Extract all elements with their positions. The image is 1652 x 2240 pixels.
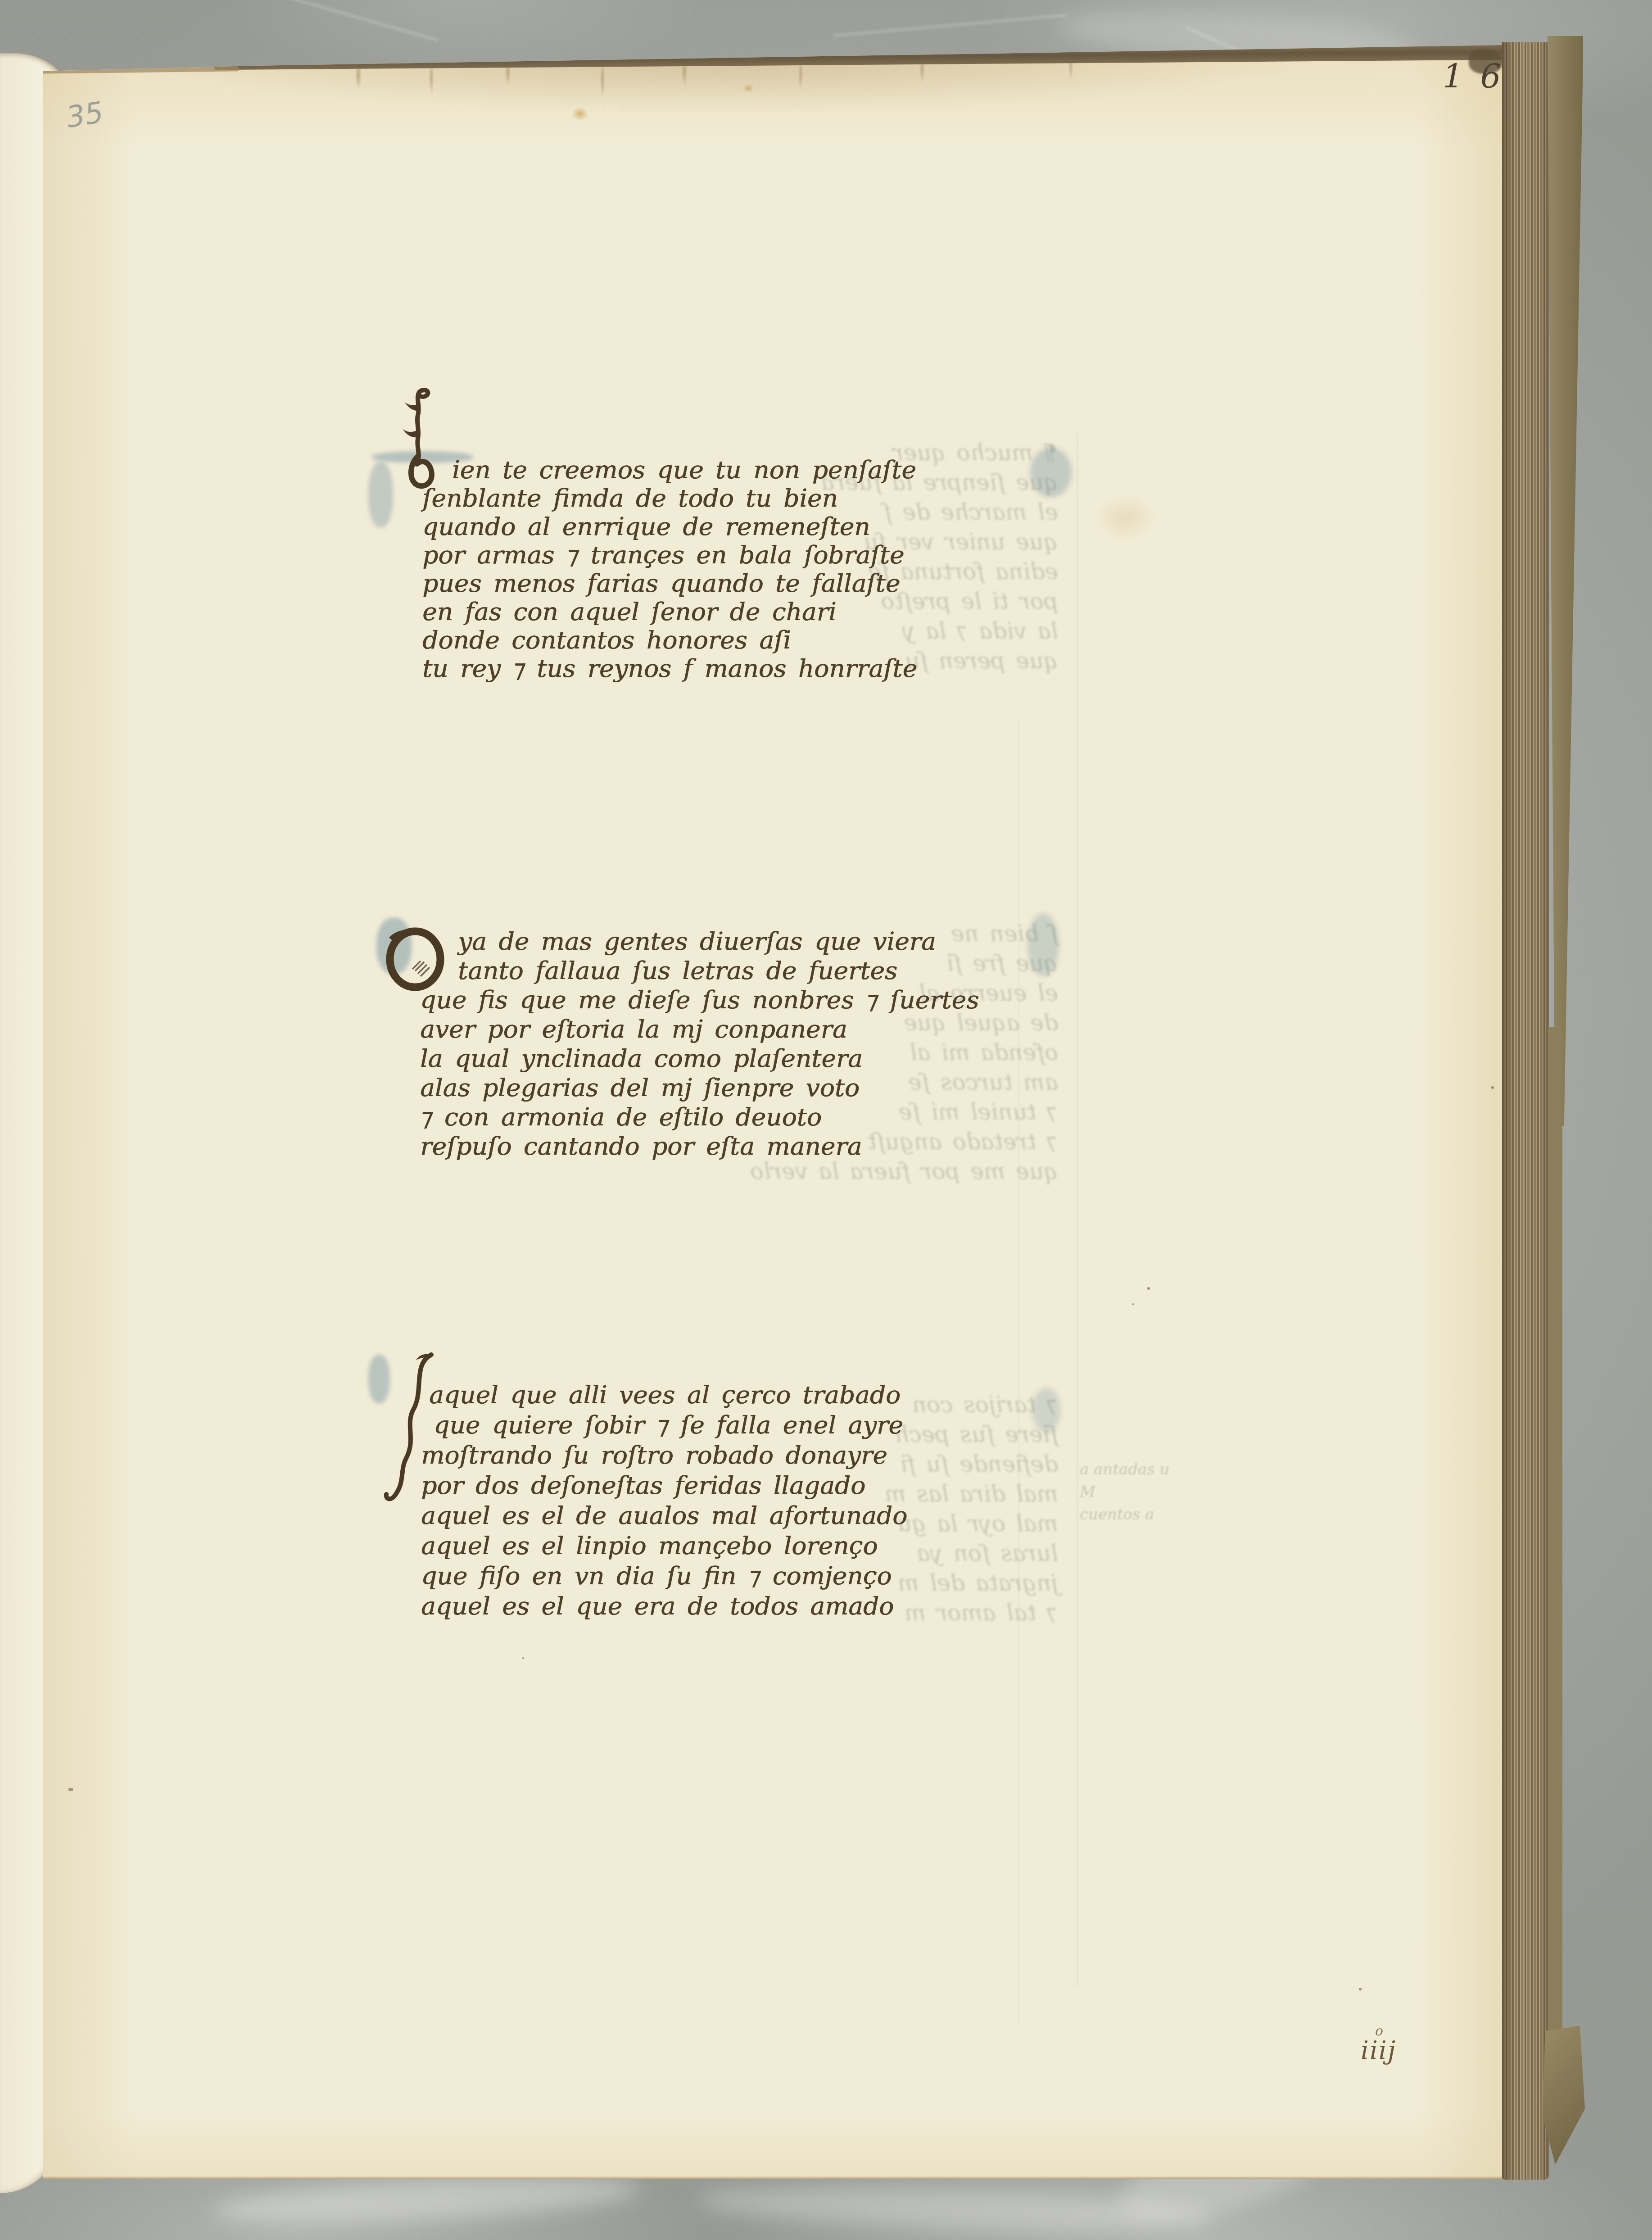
- verse-line: alas plegarias del mj ſienpre voto: [420, 1073, 979, 1102]
- folio-number-pencil: 35: [64, 98, 105, 132]
- showthrough-line: jngrata del m: [885, 1568, 1058, 1598]
- stanza-2: ya de mas gentes diuerſas que vieratanto…: [420, 927, 979, 1161]
- verse-line: que fiſo en vn dia ſu fin ⁊ comjenço: [421, 1561, 907, 1591]
- verse-line: quando al enrrique de remeneſten: [422, 512, 917, 541]
- verse-line: ſenblante fimda de todo tu bien: [422, 484, 917, 512]
- verse-line: moſtrando ſu roſtro robado donayre: [421, 1440, 907, 1470]
- showthrough-line: ſiere ſus pech: [885, 1419, 1058, 1449]
- quire-signature-mark: iiij: [1361, 2038, 1396, 2063]
- showthrough-line: luras ſon ya: [885, 1538, 1058, 1568]
- manuscript-photo: ¶ mucho querque ſienpre la fuerael march…: [0, 0, 1652, 2240]
- verse-line: aver por eſtoria la mj conpanera: [420, 1015, 979, 1044]
- dust-speck: [1491, 1086, 1494, 1089]
- blue-paraph-smudge: [368, 462, 393, 527]
- stanza-3: aquel que alli vees al çerco trabadoque …: [421, 1380, 907, 1621]
- faint-marginal-note: a antadas uMcuentos a: [1080, 1458, 1169, 1526]
- verse-line: ⁊ con armonia de eſtilo deuoto: [420, 1102, 979, 1132]
- stanza-1: ien te creemos que tu non penſaſteſenbla…: [422, 456, 917, 683]
- verse-line: tu rey ⁊ tus reynos f manos honrraſte: [422, 654, 917, 683]
- verse-line: ya de mas gentes diuerſas que viera: [420, 927, 979, 956]
- dust-speck: [1359, 1988, 1362, 1991]
- verse-line: en fas con aquel ſenor de chari: [422, 598, 917, 626]
- verso-text-showthrough: ⁊ tarijos conſiere ſus pechdefiende ſu f…: [885, 1390, 1058, 1628]
- verse-line: la qual ynclinada como plaſentera: [420, 1044, 979, 1073]
- faint-note-line: a antadas u: [1080, 1458, 1169, 1481]
- verse-line: por armas ⁊ trançes en bala ſobraſte: [422, 541, 917, 569]
- verse-line: aquel es el linpio mançebo lorenço: [421, 1531, 907, 1561]
- showthrough-line: defiende ſu fi: [885, 1449, 1058, 1479]
- book-fore-edge-pages: [1502, 42, 1549, 2180]
- showthrough-line: mal oyr la gu: [885, 1509, 1058, 1538]
- verse-line: pues menos farias quando te fallaſte: [422, 569, 917, 598]
- quire-signature: o iiij: [1361, 2025, 1396, 2063]
- dust-speck: [1147, 1287, 1150, 1290]
- verse-line: donde contantos honores aſi: [422, 626, 917, 654]
- verso-frame-line-showthrough: [1077, 432, 1078, 1986]
- verse-line: aquel que alli vees al çerco trabado: [421, 1380, 907, 1410]
- verse-line: reſpuſo cantando por eſta manera: [420, 1132, 979, 1161]
- folio-number-ink: 16: [1443, 60, 1518, 93]
- edge-nick: [68, 1788, 73, 1791]
- showthrough-line: ⁊ tarijos con: [885, 1390, 1058, 1419]
- verse-line: aquel es el de aualos mal afortunado: [421, 1501, 907, 1531]
- faint-note-line: M: [1080, 1481, 1169, 1503]
- verso-frame-line-showthrough: [1018, 721, 1019, 2027]
- verse-line: tanto fallaua ſus letras de fuertes: [420, 956, 979, 985]
- parchment-cover-flap: [1548, 1027, 1562, 2076]
- verse-line: aquel es el que era de todos amado: [421, 1591, 907, 1621]
- verse-line: por dos deſoneſtas feridas llagado: [421, 1470, 907, 1501]
- dust-speck: [1132, 1303, 1134, 1305]
- verse-line: que fis que me dieſe ſus nonbres ⁊ ſuert…: [420, 985, 979, 1015]
- quire-signature-superscript: o: [1375, 2025, 1396, 2038]
- dust-speck: [522, 1657, 524, 1659]
- showthrough-line: mal dira las m: [885, 1479, 1058, 1509]
- faint-note-line: cuentos a: [1080, 1503, 1169, 1526]
- verse-line: que quiere ſobir ⁊ ſe falla enel ayre: [421, 1410, 907, 1440]
- verse-line: ien te creemos que tu non penſaſte: [422, 456, 917, 484]
- showthrough-line: ⁊ tal amor m: [885, 1598, 1058, 1628]
